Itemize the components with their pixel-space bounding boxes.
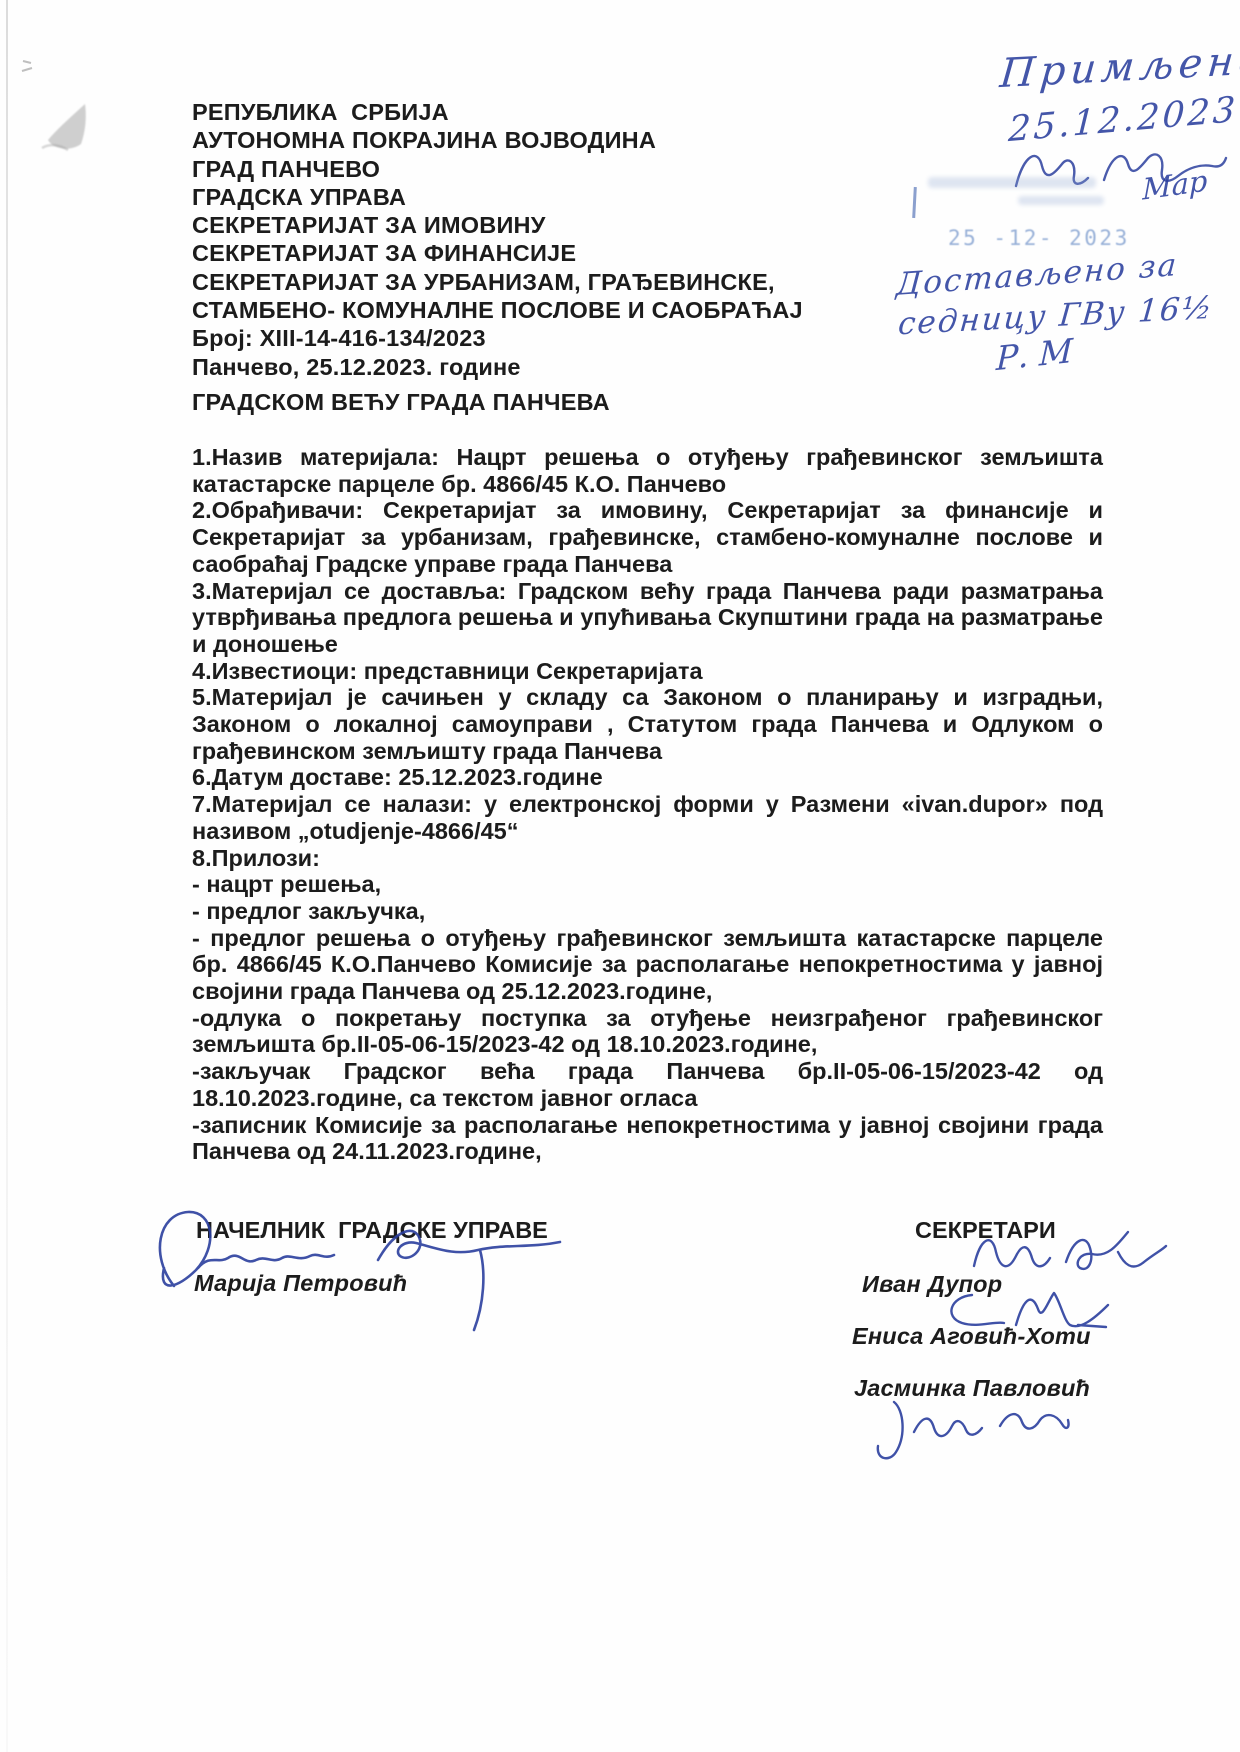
scanned-document-page: РЕПУБЛИКА СРБИЈА АУТОНОМНА ПОКРАЈИНА ВОЈ… <box>0 0 1240 1752</box>
reference-number: Број: XIII-14-416-134/2023 <box>192 324 803 352</box>
scan-smudge <box>40 98 94 158</box>
letterhead-line: РЕПУБЛИКА СРБИЈА <box>192 98 803 126</box>
body-paragraph: -одлука о покретању поступка за отуђење … <box>192 1005 1103 1058</box>
body-paragraph: 7.Материјал се налази: у електронској фо… <box>192 791 1103 844</box>
letterhead-line: СТАМБЕНО- КОМУНАЛНЕ ПОСЛОВЕ И САОБРАЋАЈ <box>192 296 803 324</box>
body-paragraph: - предлог закључка, <box>192 898 1103 925</box>
place-and-date: Панчево, 25.12.2023. године <box>192 353 803 381</box>
date-stamp: 25 -12- 2023 <box>948 226 1130 250</box>
letterhead-line: АУТОНОМНА ПОКРАЈИНА ВОЈВОДИНА <box>192 126 803 154</box>
body-paragraph: 2.Обрађивачи: Секретаријат за имовину, С… <box>192 497 1103 577</box>
body-paragraph: 4.Известиоци: представници Секретаријата <box>192 658 1103 685</box>
body-paragraph: - нацрт решења, <box>192 871 1103 898</box>
body-paragraph: 6.Датум доставе: 25.12.2023.године <box>192 764 1103 791</box>
letterhead-line: СЕКРЕТАРИЈАТ ЗА ФИНАНСИЈЕ <box>192 239 803 267</box>
letterhead-line: СЕКРЕТАРИЈАТ ЗА ИМОВИНУ <box>192 211 803 239</box>
marija-petrovic-signature <box>148 1198 568 1338</box>
body-text: 1.Назив материјала: Нацрт решења о отуђе… <box>192 444 1103 1165</box>
body-paragraph: -записник Комисије за располагање непокр… <box>192 1112 1103 1165</box>
stamp-smudge <box>1018 196 1104 205</box>
stamp-stroke <box>912 187 917 218</box>
left-signatory-name: Марија Петровић <box>194 1270 407 1297</box>
scan-edge-line <box>6 0 8 1752</box>
letterhead-line: СЕКРЕТАРИЈАТ ЗА УРБАНИЗАМ, ГРАЂЕВИНСКЕ, <box>192 268 803 296</box>
stamp-smudge <box>928 177 1096 188</box>
addressee-line: ГРАДСКОМ ВЕЋУ ГРАДА ПАНЧЕВА <box>192 389 610 416</box>
delivery-initials: Р. М <box>996 331 1074 378</box>
letterhead: РЕПУБЛИКА СРБИЈА АУТОНОМНА ПОКРАЈИНА ВОЈ… <box>192 98 803 381</box>
letterhead-line: ГРАД ПАНЧЕВО <box>192 155 803 183</box>
secretary-name-enisa-agovic-hoti: Ениса Аговић-Хоти <box>852 1323 1091 1350</box>
body-paragraph: 3.Материјал се доставља: Градском већу г… <box>192 578 1103 658</box>
body-paragraph: 5.Материјал је сачињен у складу са Закон… <box>192 684 1103 764</box>
jasminka-pavlovic-signature <box>866 1392 1071 1467</box>
letterhead-line: ГРАДСКА УПРАВА <box>192 183 803 211</box>
scan-speck <box>20 58 36 76</box>
body-paragraph: -закључак Градског већа града Панчева бр… <box>192 1058 1103 1111</box>
body-paragraph: 1.Назив материјала: Нацрт решења о отуђе… <box>192 444 1103 497</box>
received-note: Примљено <box>998 37 1240 97</box>
body-paragraph: - предлог решења о отуђењу грађевинског … <box>192 925 1103 1005</box>
body-paragraph: 8.Прилози: <box>192 845 1103 872</box>
